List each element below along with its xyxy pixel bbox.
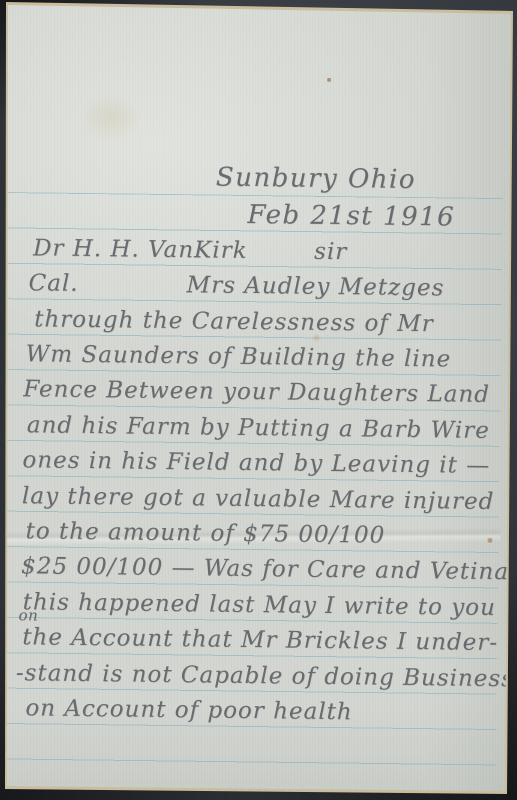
- letter-photo: Sunbury Ohio Feb 21st 1916 Dr H. H. VanK…: [0, 0, 517, 800]
- handwritten-body-line-11: this happened last May I write to you: [23, 587, 497, 623]
- handwritten-body-line-10: $25 00/100 — Was for Care and Vetinary: [21, 551, 517, 587]
- handwritten-place-line: Sunbury Ohio: [216, 163, 416, 195]
- handwritten-body-line-5: Fence Between your Daughters Land: [23, 374, 490, 410]
- handwritten-marginal-insertion: on: [18, 607, 38, 623]
- handwritten-body-line-12: the Account that Mr Brickles I under-: [22, 622, 498, 658]
- handwritten-body-line-3: through the Carelessness of Mr: [34, 304, 434, 339]
- handwritten-body-line-4: Wm Saunders of Building the line: [26, 339, 452, 374]
- paper-stain: [487, 538, 492, 543]
- letter-paper: Sunbury Ohio Feb 21st 1916 Dr H. H. VanK…: [0, 0, 517, 800]
- handwritten-body-line-2: Cal. Mrs Audley Metzges: [28, 268, 444, 303]
- handwritten-body-line-7: ones in his Field and by Leaving it —: [22, 445, 490, 481]
- paper-content: Sunbury Ohio Feb 21st 1916 Dr H. H. VanK…: [0, 0, 517, 800]
- handwritten-body-line-9: to the amount of $75 00/100: [25, 516, 385, 550]
- handwritten-body-line-14: on Account of poor health: [25, 693, 353, 727]
- handwritten-body-line-6: and his Farm by Putting a Barb Wire: [27, 410, 490, 446]
- handwritten-body-line-8: lay there got a valuable Mare injured: [22, 481, 495, 517]
- paper-stain: [78, 93, 143, 142]
- handwritten-body-line-1: Dr H. H. VanKirk sir: [33, 233, 348, 267]
- paper-stain: [327, 78, 331, 82]
- handwritten-body-line-13: -stand is not Capable of doing Business: [16, 658, 515, 694]
- handwritten-date-line: Feb 21st 1916: [247, 200, 455, 233]
